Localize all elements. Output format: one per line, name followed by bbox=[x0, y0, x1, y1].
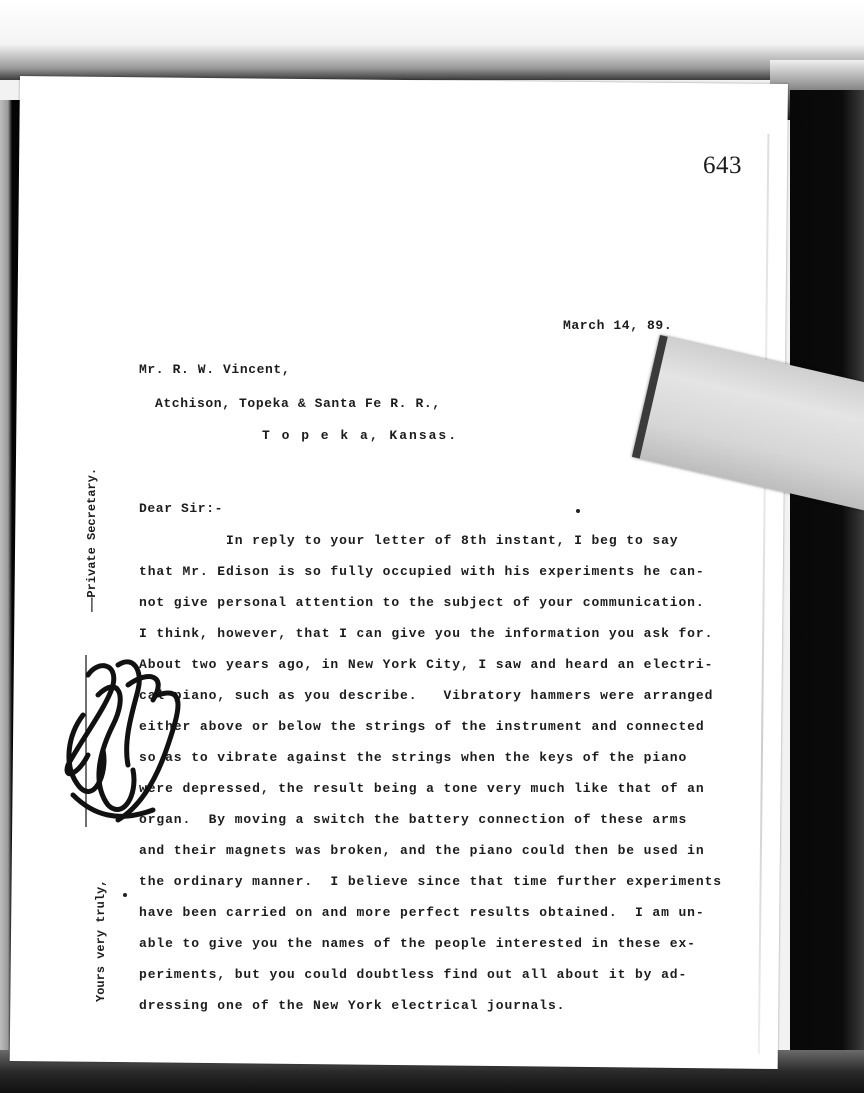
letter-date: March 14, 89. bbox=[563, 318, 672, 333]
ink-dot bbox=[123, 893, 127, 897]
body-line: not give personal attention to the subje… bbox=[139, 595, 705, 610]
signature-icon bbox=[58, 655, 198, 830]
body-line: have been carried on and more perfect re… bbox=[139, 905, 705, 920]
body-line: cal piano, such as you describe. Vibrato… bbox=[139, 688, 713, 703]
body-line: I think, however, that I can give you th… bbox=[139, 626, 713, 641]
private-secretary-label: ——Private Secretary. bbox=[85, 468, 99, 612]
body-line: so as to vibrate against the strings whe… bbox=[139, 750, 687, 765]
body-line: organ. By moving a switch the battery co… bbox=[139, 812, 687, 827]
page-number: 643 bbox=[703, 152, 742, 180]
recipient-organization: Atchison, Topeka & Santa Fe R. R., bbox=[155, 396, 441, 411]
body-line: periments, but you could doubtless find … bbox=[139, 967, 687, 982]
body-line: and their magnets was broken, and the pi… bbox=[139, 843, 705, 858]
body-line: the ordinary manner. I believe since tha… bbox=[139, 874, 722, 889]
recipient-name: Mr. R. W. Vincent, bbox=[139, 362, 290, 377]
body-line: In reply to your letter of 8th instant, … bbox=[139, 533, 678, 548]
salutation: Dear Sir:- bbox=[139, 501, 223, 516]
letter-content: 643 March 14, 89. Mr. R. W. Vincent, Atc… bbox=[0, 0, 864, 1093]
body-line: that Mr. Edison is so fully occupied wit… bbox=[139, 564, 705, 579]
body-line: were depressed, the result being a tone … bbox=[139, 781, 705, 796]
ink-dot bbox=[576, 509, 580, 513]
body-line: either above or below the strings of the… bbox=[139, 719, 705, 734]
body-line: dressing one of the New York electrical … bbox=[139, 998, 565, 1013]
body-line: able to give you the names of the people… bbox=[139, 936, 696, 951]
body-line: About two years ago, in New York City, I… bbox=[139, 657, 713, 672]
recipient-location: T o p e k a, Kansas. bbox=[262, 428, 458, 443]
tape-strip bbox=[632, 335, 864, 510]
closing-text: Yours very truly, bbox=[94, 880, 108, 1002]
